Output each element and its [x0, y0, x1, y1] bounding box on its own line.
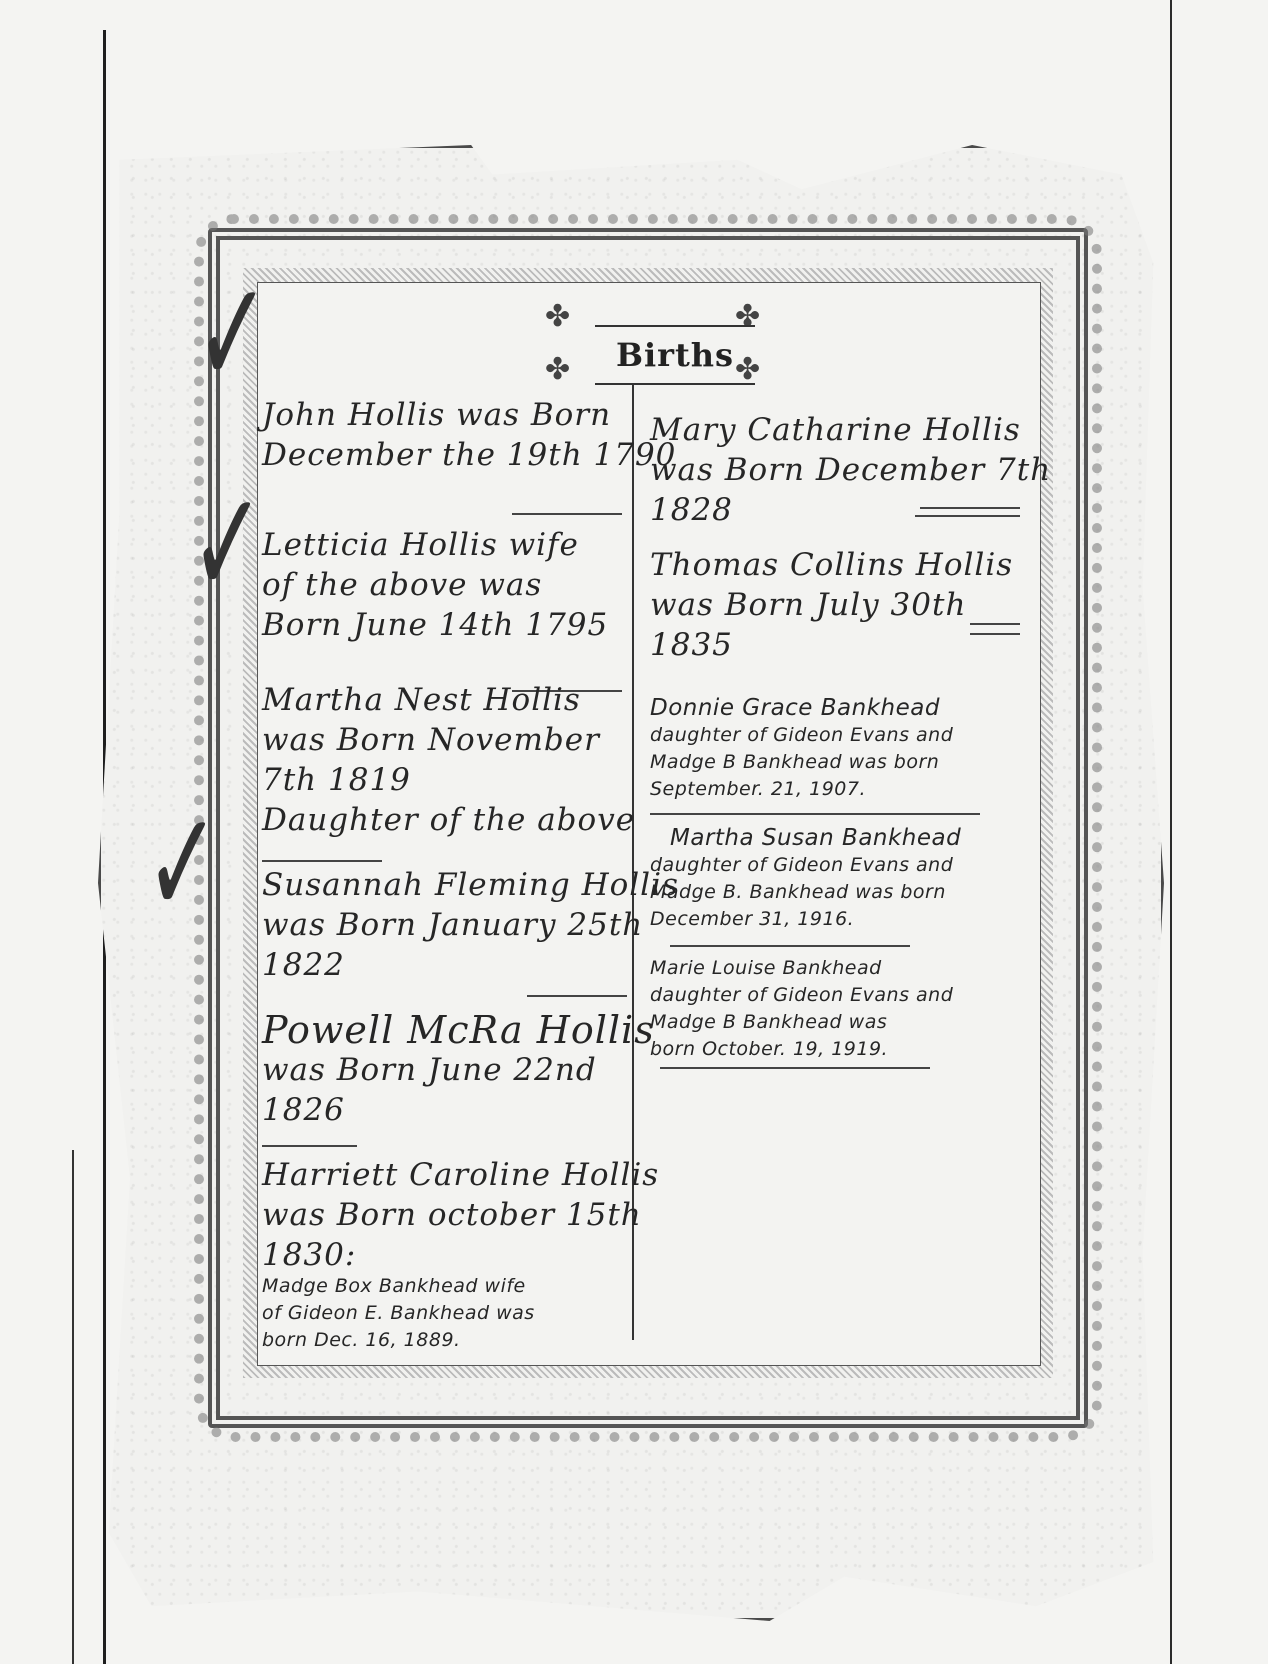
entry-line: was Born January 25th	[262, 905, 632, 945]
entry-separator	[262, 1145, 357, 1147]
entry-line: was Born June 22nd	[262, 1050, 632, 1090]
entry-separator	[970, 633, 1020, 635]
birth-entry: Mary Catharine Hollis was Born December …	[650, 410, 1030, 530]
entry-separator	[660, 1067, 930, 1069]
entry-line: Born June 14th 1795	[262, 605, 632, 645]
entry-line: daughter of Gideon Evans and	[650, 982, 1030, 1009]
entry-line: Susannah Fleming Hollis	[262, 865, 632, 905]
birth-entry: Harriett Caroline Hollis was Born octobe…	[262, 1155, 632, 1275]
birth-entry: Marie Louise Bankhead daughter of Gideon…	[650, 955, 1030, 1063]
entry-line: December 31, 1916.	[650, 906, 1030, 933]
entry-line: Donnie Grace Bankhead	[650, 695, 1030, 722]
entry-line: December the 19th 1790	[262, 435, 632, 475]
clover-ornament-icon: ✤	[545, 302, 570, 332]
entry-line: Daughter of the above	[262, 800, 632, 840]
entry-line: 1826	[262, 1090, 632, 1130]
checkmark-icon: ✓	[190, 473, 265, 617]
entry-line: Marie Louise Bankhead	[650, 955, 1030, 982]
clover-ornament-icon: ✤	[545, 355, 570, 385]
entry-line: Thomas Collins Hollis	[650, 545, 1030, 585]
checkmark-icon: ✓	[145, 793, 220, 937]
entry-line: September. 21, 1907.	[650, 776, 1030, 803]
entry-separator	[920, 507, 1020, 509]
entry-line: 1830:	[262, 1235, 632, 1275]
entry-line: of the above was	[262, 565, 632, 605]
entry-line: 1822	[262, 945, 632, 985]
entry-line: Martha Susan Bankhead	[650, 825, 1030, 852]
entry-separator	[527, 995, 627, 997]
page-title: Births	[616, 336, 734, 374]
entry-line: was Born November	[262, 720, 632, 760]
entry-separator	[512, 513, 622, 515]
birth-entry: Powell McRa Hollis was Born June 22nd 18…	[262, 1010, 632, 1130]
entry-line: Powell McRa Hollis	[262, 1010, 632, 1050]
birth-entry: Thomas Collins Hollis was Born July 30th…	[650, 545, 1030, 665]
entry-line: daughter of Gideon Evans and	[650, 852, 1030, 879]
entry-line: of Gideon E. Bankhead was	[262, 1300, 632, 1327]
scan-edge-left-lower	[72, 1150, 74, 1664]
entry-line: Letticia Hollis wife	[262, 525, 632, 565]
entry-line: was Born December 7th	[650, 450, 1030, 490]
entry-separator	[970, 623, 1020, 625]
entry-line: John Hollis was Born	[262, 395, 632, 435]
entry-separator	[262, 860, 382, 862]
scan-edge-right	[1170, 0, 1172, 1664]
entry-line: Madge B Bankhead was born	[650, 749, 1030, 776]
birth-entry: Letticia Hollis wife of the above was Bo…	[262, 525, 632, 645]
entry-line: born October. 19, 1919.	[650, 1036, 1030, 1063]
birth-entry: Madge Box Bankhead wife of Gideon E. Ban…	[262, 1273, 632, 1354]
entry-line: born Dec. 16, 1889.	[262, 1327, 632, 1354]
entry-separator	[650, 813, 980, 815]
entry-line: Mary Catharine Hollis	[650, 410, 1030, 450]
entry-line: Madge B Bankhead was	[650, 1009, 1030, 1036]
entry-line: Harriett Caroline Hollis	[262, 1155, 632, 1195]
checkmark-icon: ✓	[195, 263, 270, 407]
birth-entry: Martha Nest Hollis was Born November 7th…	[262, 680, 632, 840]
title-banner: Births	[595, 325, 755, 385]
entry-separator	[670, 945, 910, 947]
entry-line: 1835	[650, 625, 1030, 665]
birth-entry: Donnie Grace Bankhead daughter of Gideon…	[650, 695, 1030, 803]
entry-line: was Born october 15th	[262, 1195, 632, 1235]
birth-entry: Martha Susan Bankhead daughter of Gideon…	[650, 825, 1030, 933]
entry-line: Martha Nest Hollis	[262, 680, 632, 720]
birth-entry: Susannah Fleming Hollis was Born January…	[262, 865, 632, 985]
birth-entry: John Hollis was Born December the 19th 1…	[262, 395, 632, 475]
entry-line: Madge B. Bankhead was born	[650, 879, 1030, 906]
entry-line: 1828	[650, 490, 1030, 530]
entry-line: 7th 1819	[262, 760, 632, 800]
entry-line: Madge Box Bankhead wife	[262, 1273, 632, 1300]
entry-line: was Born July 30th	[650, 585, 1030, 625]
entry-line: daughter of Gideon Evans and	[650, 722, 1030, 749]
entry-separator	[915, 515, 1020, 517]
